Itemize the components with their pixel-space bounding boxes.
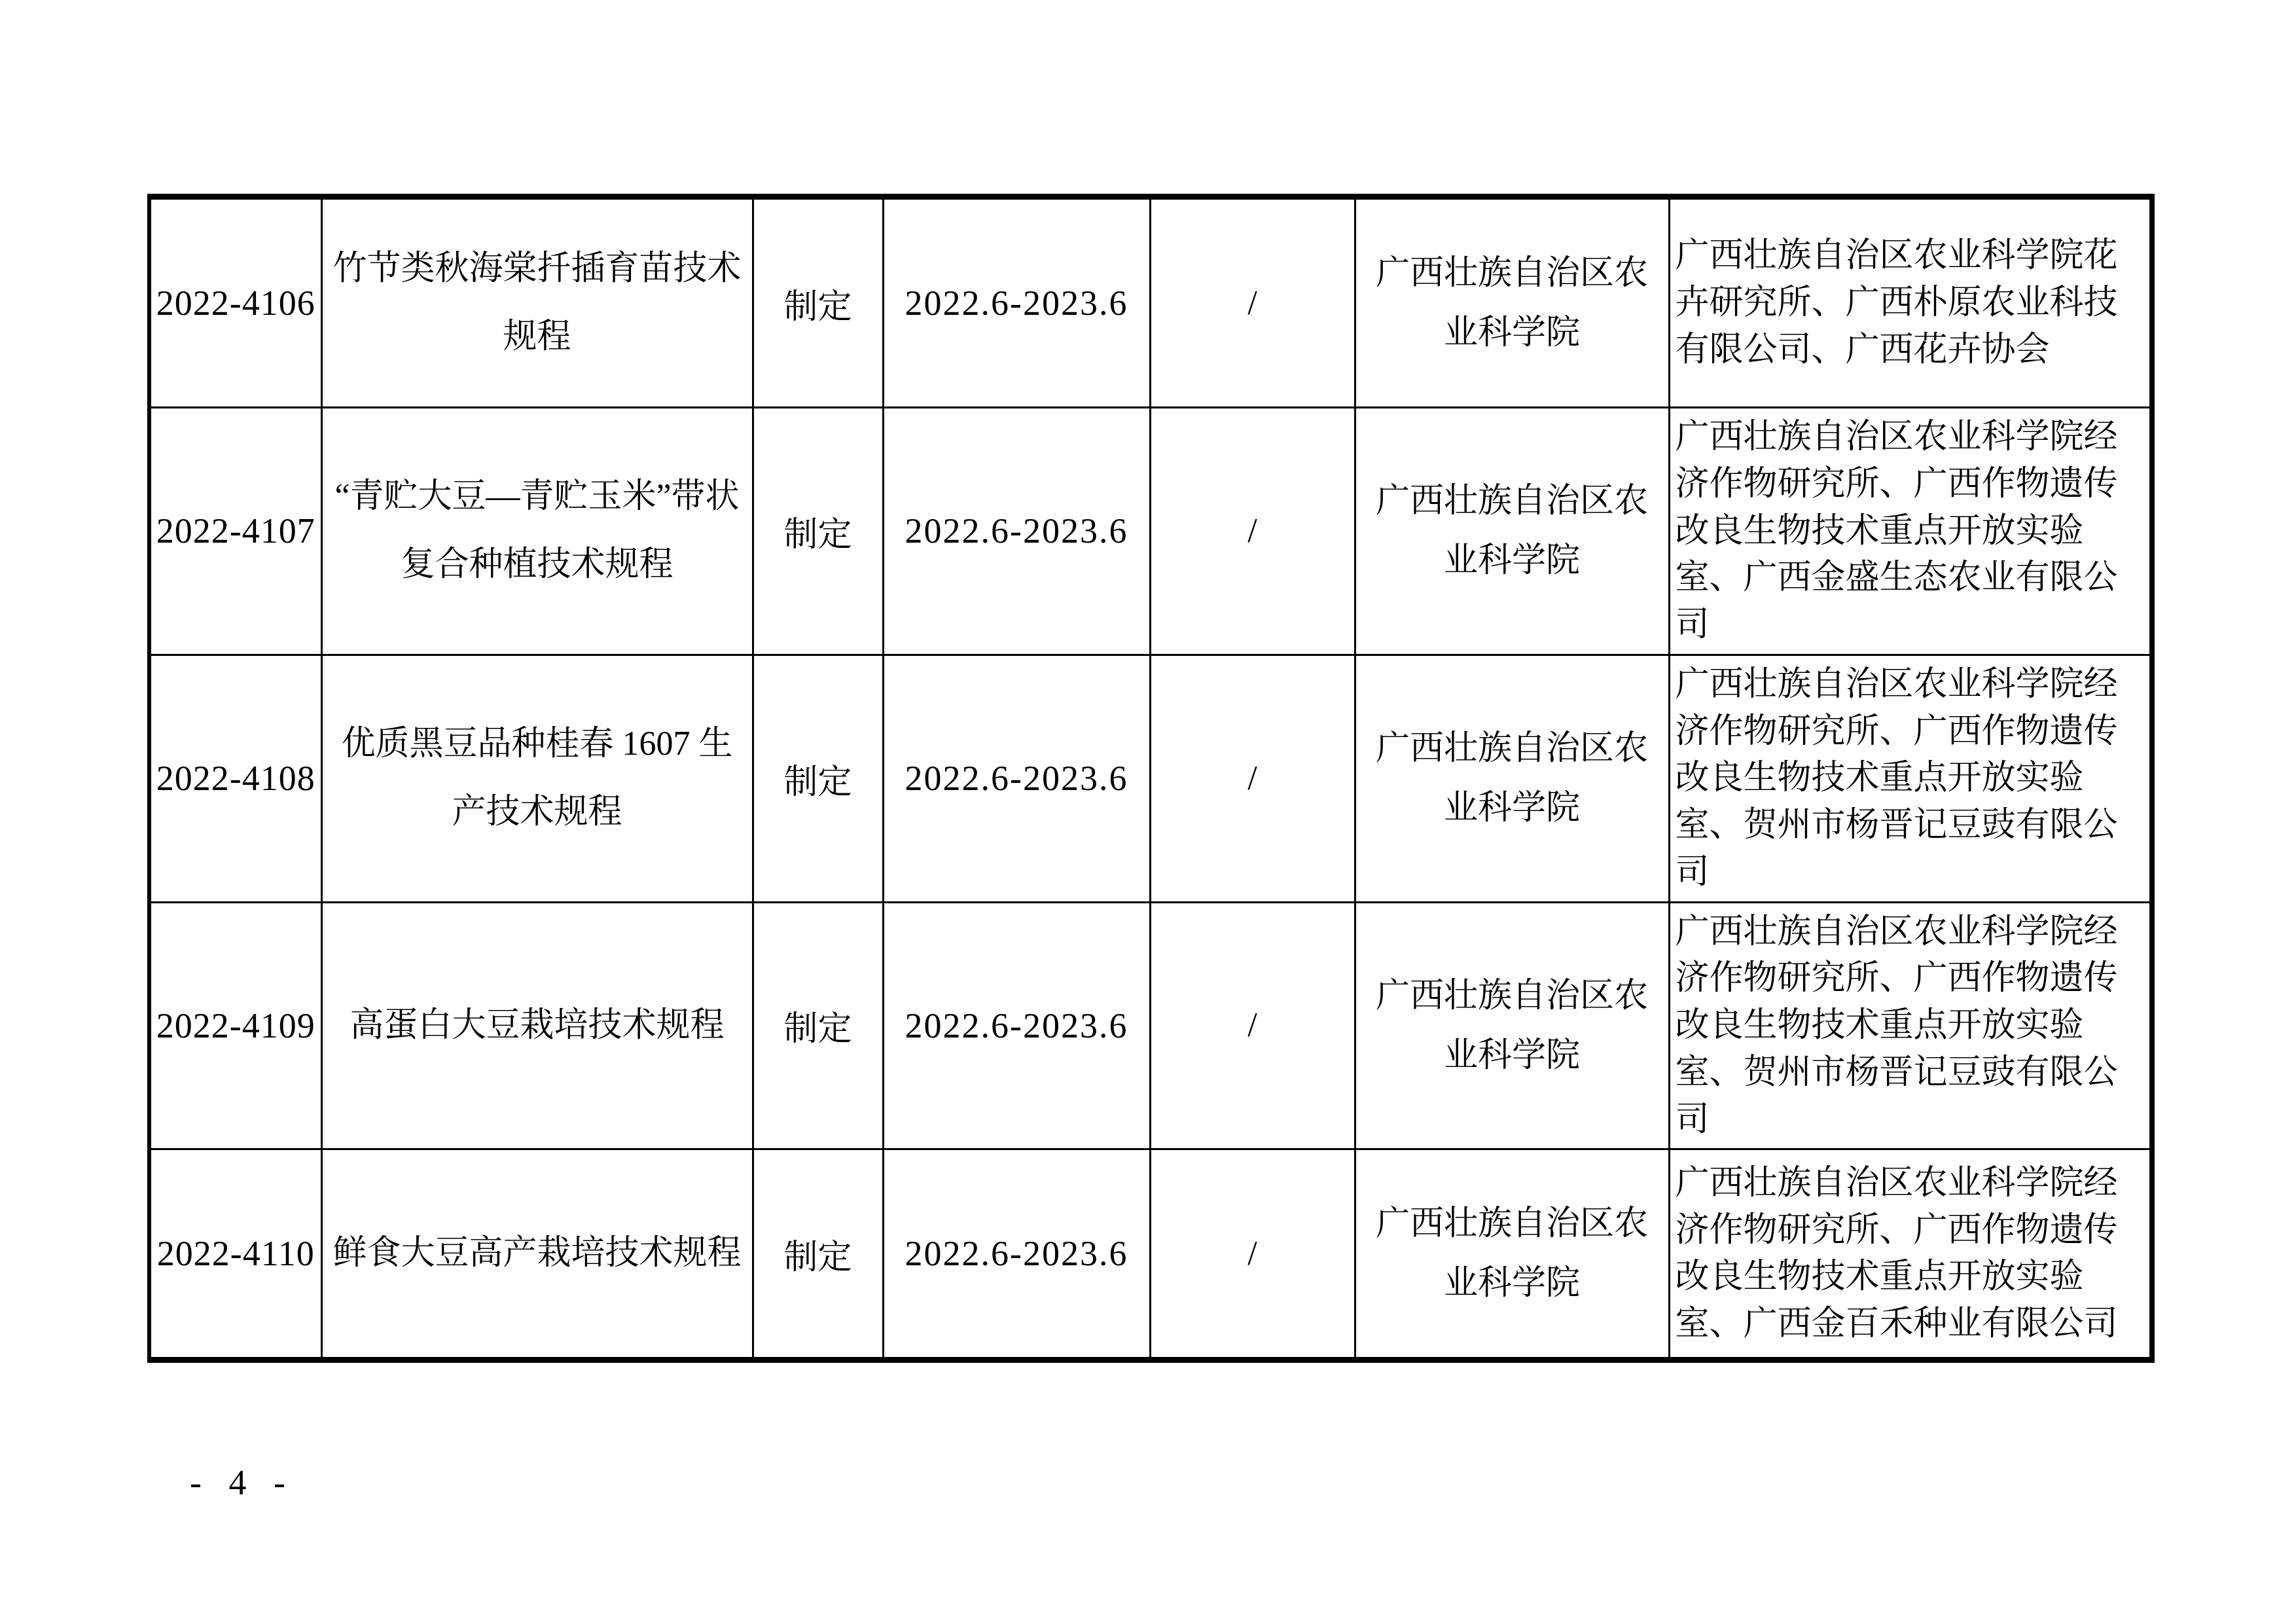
period-cell: 2022.6-2023.6 bbox=[883, 1149, 1150, 1360]
lead-org-cell: 广西壮族自治区农业科学院 bbox=[1355, 655, 1669, 902]
project-id-cell: 2022-4108 bbox=[149, 655, 321, 902]
note-cell: / bbox=[1150, 655, 1355, 902]
document-page: 2022-4106 竹节类秋海棠扦插育苗技术规程 制定 2022.6-2023.… bbox=[0, 0, 2296, 1624]
table-row: 2022-4106 竹节类秋海棠扦插育苗技术规程 制定 2022.6-2023.… bbox=[149, 197, 2152, 408]
note-cell: / bbox=[1150, 902, 1355, 1149]
lead-org-cell: 广西壮族自治区农业科学院 bbox=[1355, 902, 1669, 1149]
partner-orgs-cell: 广西壮族自治区农业科学院花卉研究所、广西朴原农业科技有限公司、广西花卉协会 bbox=[1669, 197, 2152, 408]
standards-table: 2022-4106 竹节类秋海棠扦插育苗技术规程 制定 2022.6-2023.… bbox=[147, 194, 2155, 1363]
period-cell: 2022.6-2023.6 bbox=[883, 655, 1150, 902]
project-id-cell: 2022-4107 bbox=[149, 408, 321, 655]
partner-orgs-cell: 广西壮族自治区农业科学院经济作物研究所、广西作物遗传改良生物技术重点开放实验室、… bbox=[1669, 408, 2152, 655]
table-row: 2022-4110 鲜食大豆高产栽培技术规程 制定 2022.6-2023.6 … bbox=[149, 1149, 2152, 1360]
title-cell: 鲜食大豆高产栽培技术规程 bbox=[321, 1149, 753, 1360]
lead-org-cell: 广西壮族自治区农业科学院 bbox=[1355, 1149, 1669, 1360]
project-id-cell: 2022-4109 bbox=[149, 902, 321, 1149]
project-id-cell: 2022-4106 bbox=[149, 197, 321, 408]
table-row: 2022-4109 高蛋白大豆栽培技术规程 制定 2022.6-2023.6 /… bbox=[149, 902, 2152, 1149]
type-cell: 制定 bbox=[753, 408, 883, 655]
note-cell: / bbox=[1150, 1149, 1355, 1360]
lead-org-cell: 广西壮族自治区农业科学院 bbox=[1355, 408, 1669, 655]
table-row: 2022-4107 “青贮大豆—青贮玉米”带状复合种植技术规程 制定 2022.… bbox=[149, 408, 2152, 655]
type-cell: 制定 bbox=[753, 902, 883, 1149]
page-number: - 4 - bbox=[190, 1462, 295, 1503]
title-cell: 优质黑豆品种桂春 1607 生产技术规程 bbox=[321, 655, 753, 902]
title-cell: “青贮大豆—青贮玉米”带状复合种植技术规程 bbox=[321, 408, 753, 655]
partner-orgs-cell: 广西壮族自治区农业科学院经济作物研究所、广西作物遗传改良生物技术重点开放实验室、… bbox=[1669, 655, 2152, 902]
type-cell: 制定 bbox=[753, 197, 883, 408]
period-cell: 2022.6-2023.6 bbox=[883, 197, 1150, 408]
table-row: 2022-4108 优质黑豆品种桂春 1607 生产技术规程 制定 2022.6… bbox=[149, 655, 2152, 902]
note-cell: / bbox=[1150, 197, 1355, 408]
project-id-cell: 2022-4110 bbox=[149, 1149, 321, 1360]
period-cell: 2022.6-2023.6 bbox=[883, 408, 1150, 655]
partner-orgs-cell: 广西壮族自治区农业科学院经济作物研究所、广西作物遗传改良生物技术重点开放实验室、… bbox=[1669, 1149, 2152, 1360]
partner-orgs-cell: 广西壮族自治区农业科学院经济作物研究所、广西作物遗传改良生物技术重点开放实验室、… bbox=[1669, 902, 2152, 1149]
type-cell: 制定 bbox=[753, 655, 883, 902]
title-cell: 竹节类秋海棠扦插育苗技术规程 bbox=[321, 197, 753, 408]
type-cell: 制定 bbox=[753, 1149, 883, 1360]
period-cell: 2022.6-2023.6 bbox=[883, 902, 1150, 1149]
note-cell: / bbox=[1150, 408, 1355, 655]
lead-org-cell: 广西壮族自治区农业科学院 bbox=[1355, 197, 1669, 408]
title-cell: 高蛋白大豆栽培技术规程 bbox=[321, 902, 753, 1149]
